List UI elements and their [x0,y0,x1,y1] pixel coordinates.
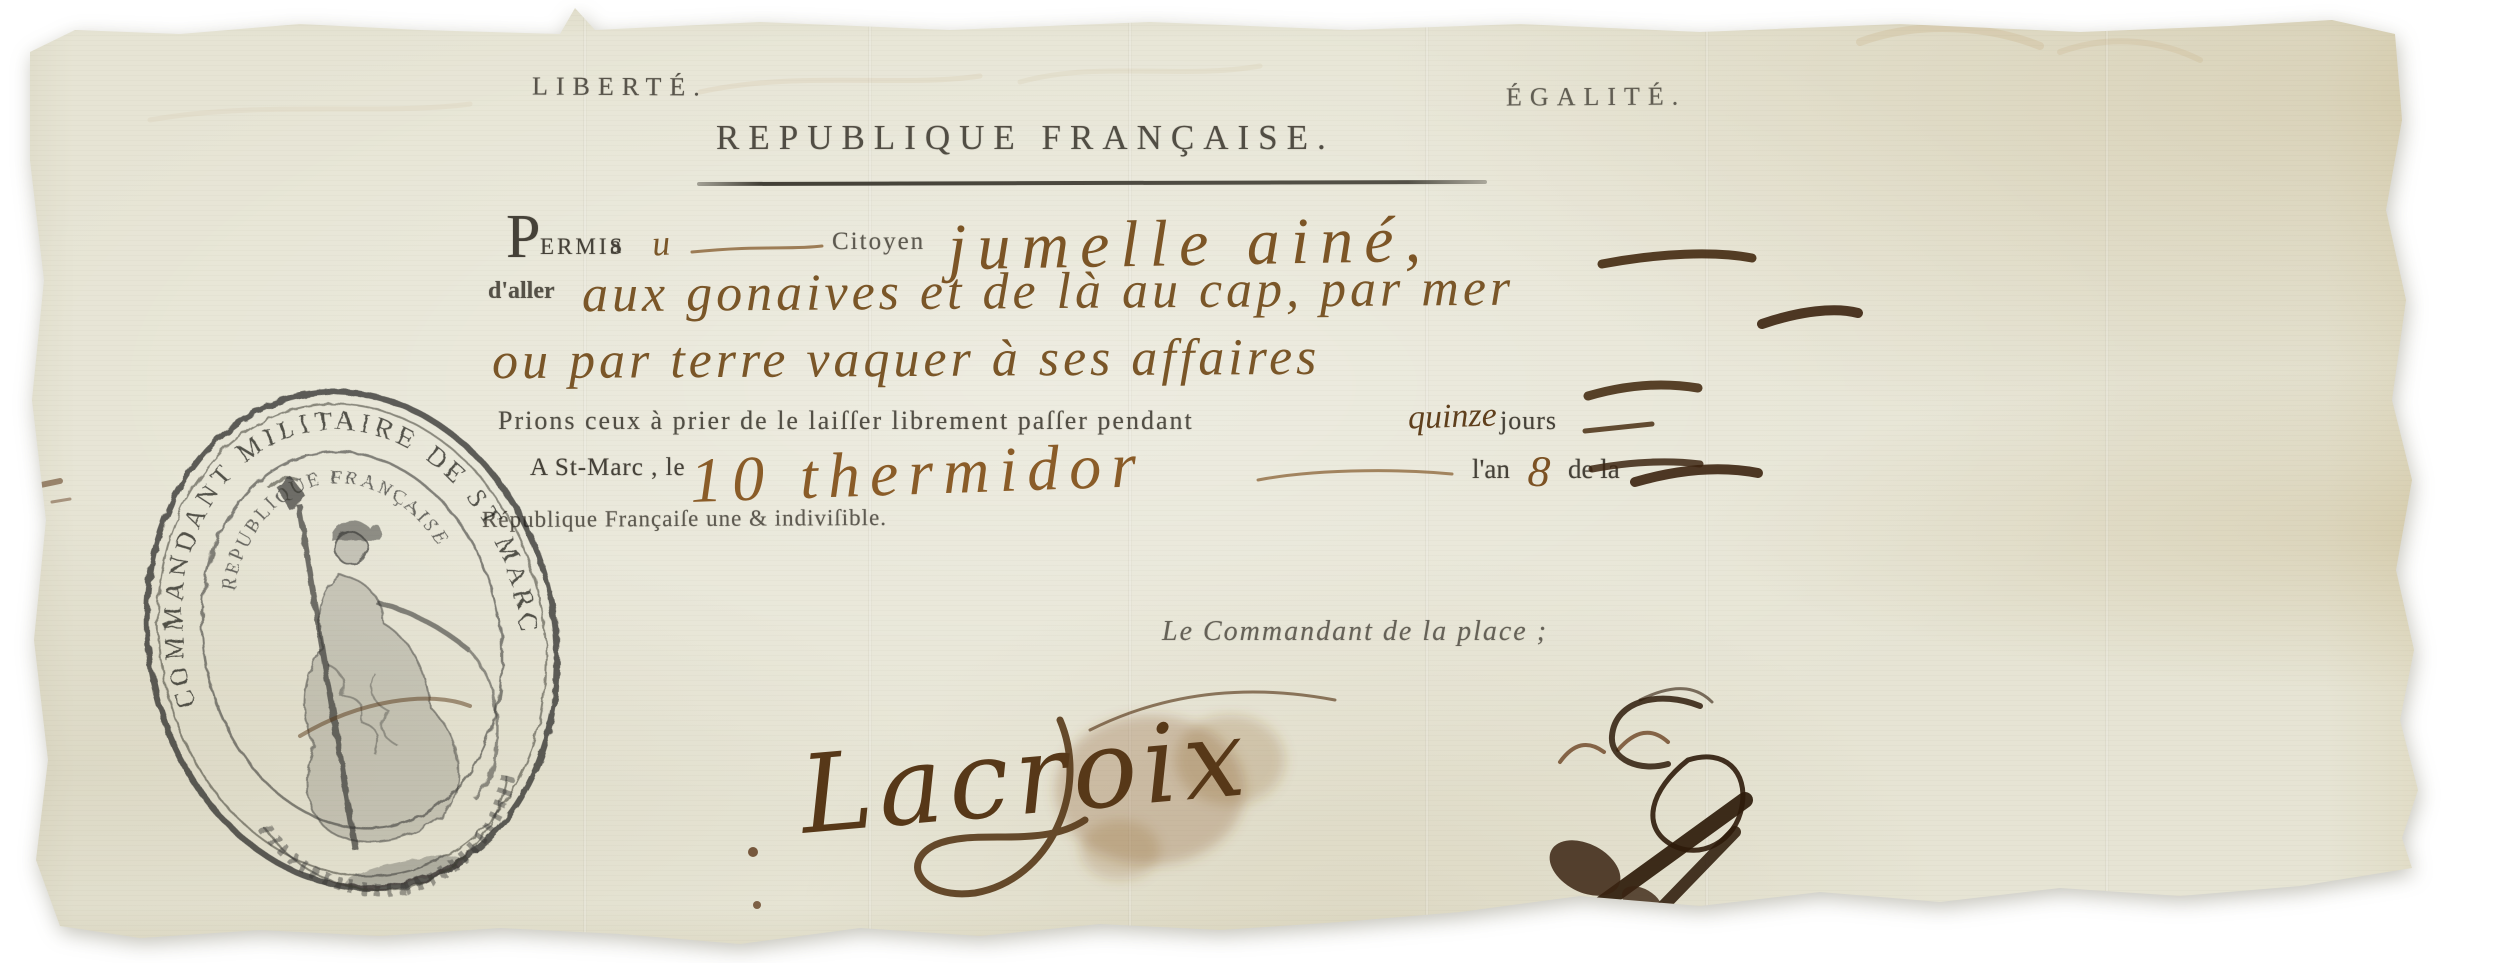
ghost-bleedthrough-marks [150,28,2200,120]
ink-dash-mer [1762,310,1858,324]
stray-ink-marks [36,481,761,909]
ink-overlay: Lacroix [0,0,2500,963]
permit-document: LIBERTÉ. ÉGALITÉ. REPUBLIQUE FRANÇAISE. … [0,0,2500,963]
ink-dash-jours-1 [1585,424,1652,431]
paper-shadow: LIBERTÉ. ÉGALITÉ. REPUBLIQUE FRANÇAISE. … [0,0,2500,963]
countersignature-flourish [1540,689,1745,944]
ink-dash-name [1602,254,1752,264]
ink-dash-dela [1635,469,1758,482]
blank-line-dash [692,246,822,252]
date-line-dash [1258,471,1452,480]
ink-dash-affaires [1588,385,1698,396]
scanned-permit-page: LIBERTÉ. ÉGALITÉ. REPUBLIQUE FRANÇAISE. … [0,0,2500,963]
